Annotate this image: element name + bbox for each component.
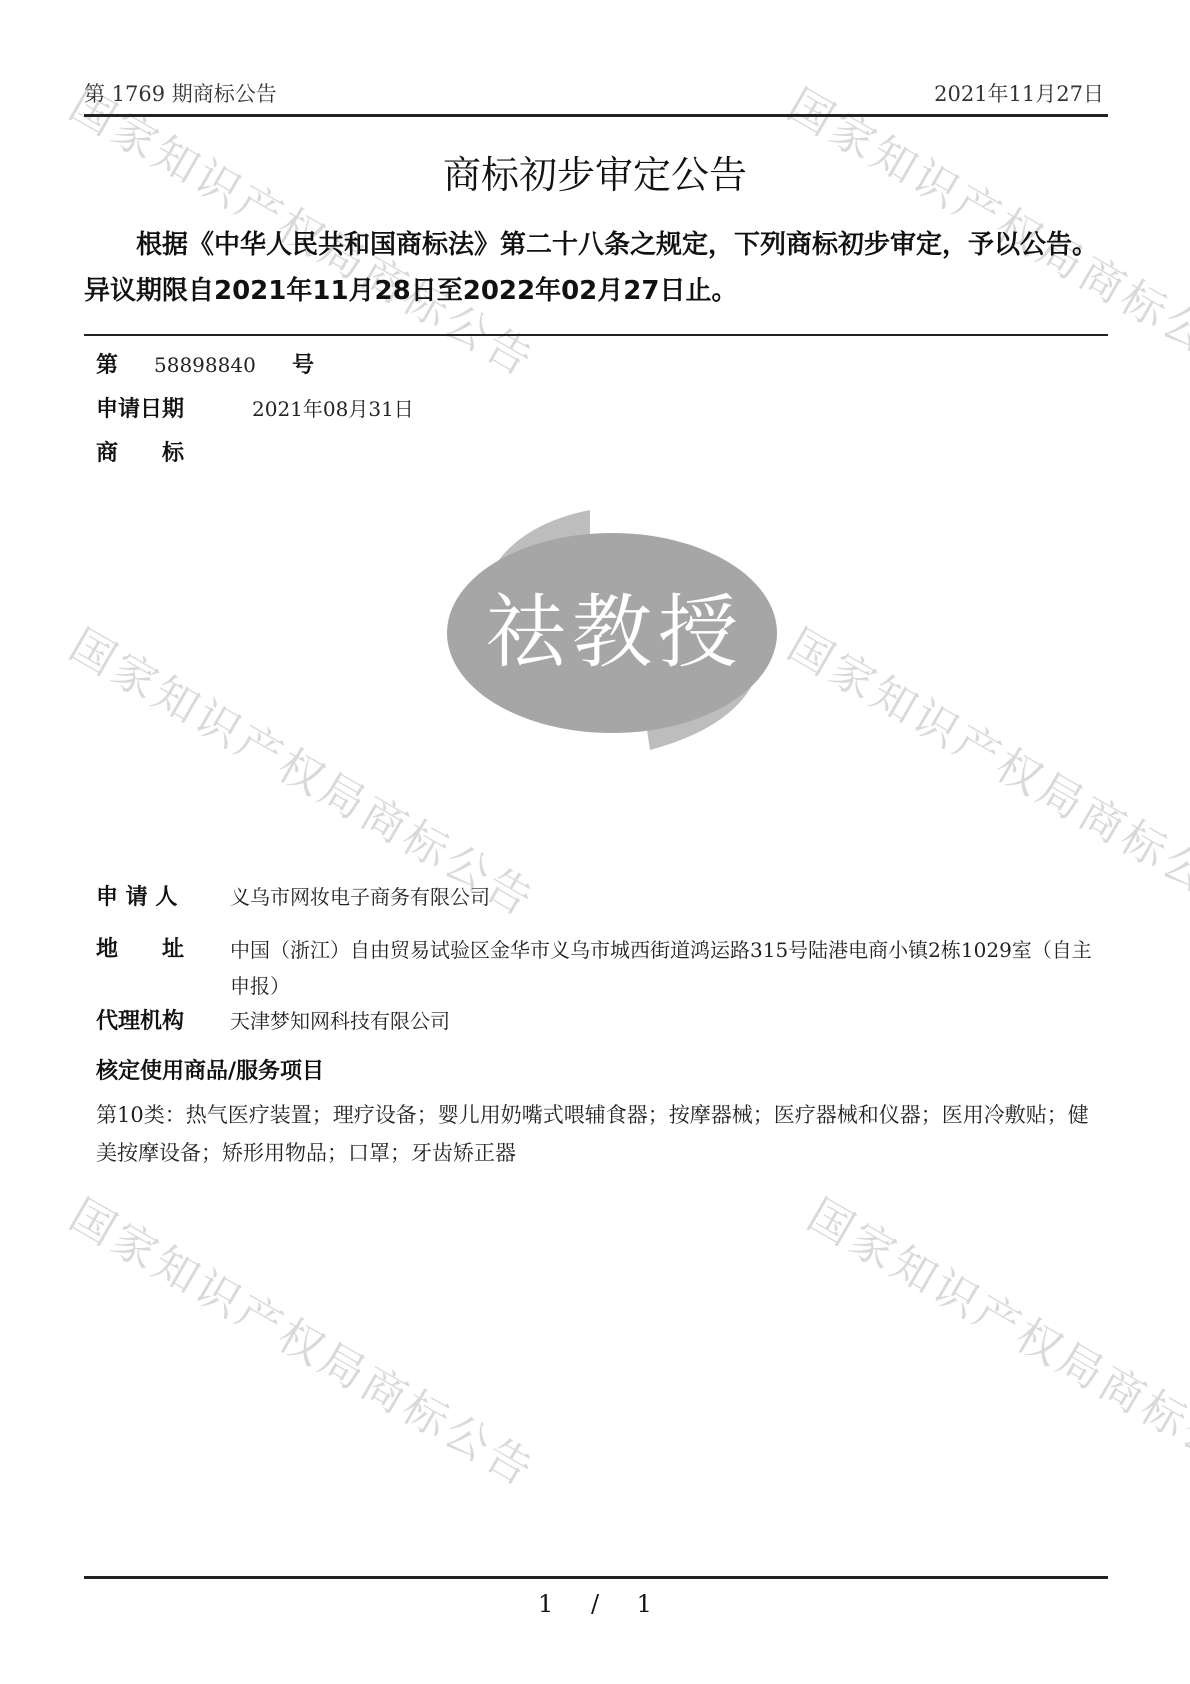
issue-number: 第 1769 期商标公告 <box>84 78 277 108</box>
trademark-logo: 祛教授 <box>440 498 790 753</box>
agent-name: 天津梦知网科技有限公司 <box>230 1005 450 1034</box>
agent-label: 代理机构 <box>96 1004 230 1035</box>
application-date-label: 申请日期 <box>96 392 252 423</box>
section-rule <box>84 334 1108 336</box>
goods-label: 核定使用商品/服务项目 <box>96 1054 324 1085</box>
applicant-row: 申 请 人 义乌市网妆电子商务有限公司 <box>96 880 490 911</box>
address-label: 地 址 <box>96 932 230 968</box>
intro-paragraph: 根据《中华人民共和国商标法》第二十八条之规定，下列商标初步审定，予以公告。异议期… <box>84 222 1114 314</box>
number-prefix: 第 <box>96 348 154 379</box>
trademark-row: 商 标 <box>96 436 184 467</box>
trademark-text: 祛教授 <box>440 568 790 683</box>
header-rule <box>84 114 1108 117</box>
watermark: 国家知识产权局商标公告 <box>778 610 1190 929</box>
address-value: 中国（浙江）自由贸易试验区金华市义乌市城西街道鸿运路315号陆港电商小镇2栋10… <box>230 932 1100 1004</box>
goods-heading-row: 核定使用商品/服务项目 <box>96 1054 324 1085</box>
application-date: 2021年08月31日 <box>252 393 414 422</box>
watermark: 国家知识产权局商标公告 <box>798 1180 1190 1499</box>
address-row: 地 址 中国（浙江）自由贸易试验区金华市义乌市城西街道鸿运路315号陆港电商小镇… <box>96 932 1100 1004</box>
applicant-name: 义乌市网妆电子商务有限公司 <box>230 881 490 910</box>
goods-list: 第10类：热气医疗装置；理疗设备；婴儿用奶嘴式喂辅食器；按摩器械；医疗器械和仪器… <box>96 1096 1106 1172</box>
watermark: 国家知识产权局商标公告 <box>60 1180 549 1499</box>
registration-number: 58898840 <box>154 353 292 377</box>
number-suffix: 号 <box>292 348 314 379</box>
agent-row: 代理机构 天津梦知网科技有限公司 <box>96 1004 450 1035</box>
registration-number-row: 第 58898840 号 <box>96 348 314 379</box>
issue-date: 2021年11月27日 <box>934 78 1104 108</box>
page-indicator: 1 / 1 <box>0 1590 1190 1618</box>
application-date-row: 申请日期 2021年08月31日 <box>96 392 414 423</box>
applicant-label: 申 请 人 <box>96 880 230 911</box>
page-title: 商标初步审定公告 <box>0 144 1190 199</box>
trademark-label: 商 标 <box>96 436 184 467</box>
footer-rule <box>84 1576 1108 1579</box>
